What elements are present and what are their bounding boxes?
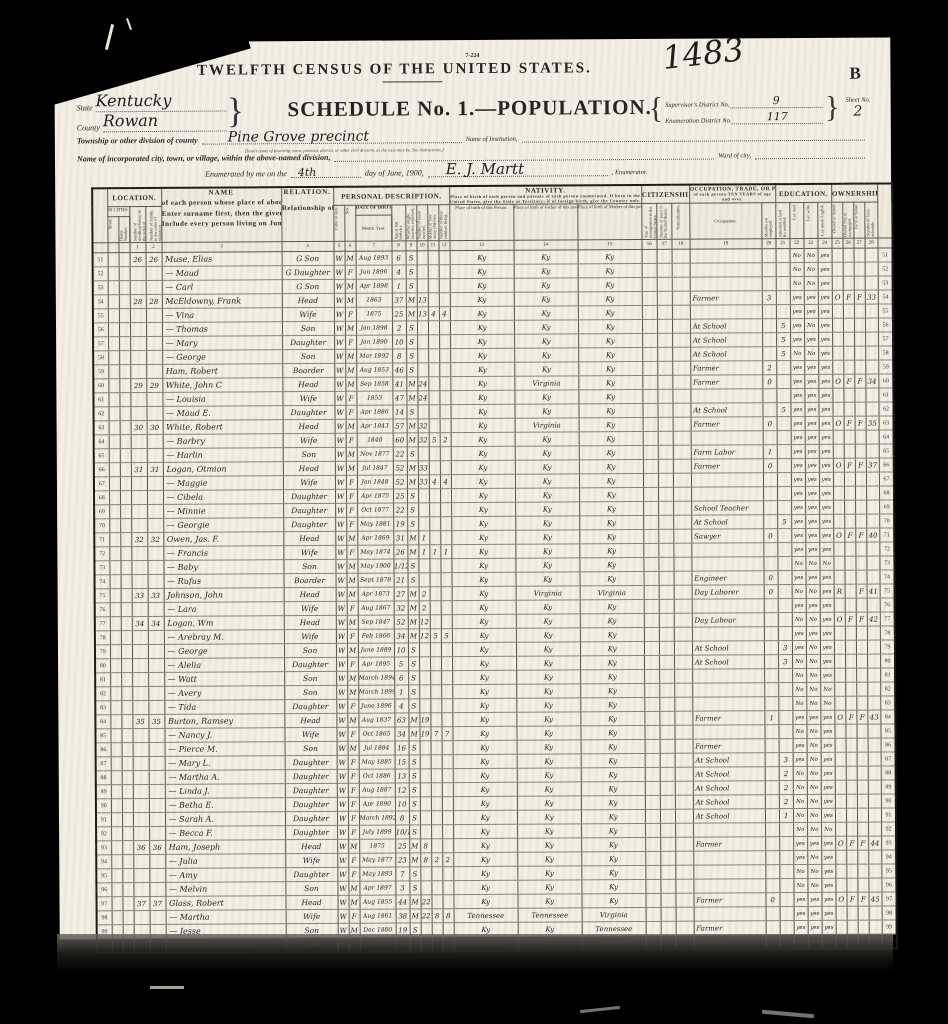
mother-birthplace: Ky: [581, 866, 645, 880]
years-married: 33: [418, 475, 429, 489]
naturalization: [673, 389, 691, 403]
farm-or-house: F: [855, 458, 866, 472]
line-number: 87: [881, 752, 896, 766]
family-number: 31: [147, 463, 163, 477]
sheet-no-value: 2: [845, 103, 870, 119]
years-in-us: [660, 852, 675, 866]
name-header: NAME of each person whose place of abode…: [161, 187, 281, 242]
naturalization: [674, 627, 692, 641]
color-race: W: [337, 770, 348, 784]
family-number: [149, 771, 165, 785]
years-married: 22: [421, 895, 432, 909]
occupation: Day Labour: [692, 613, 764, 627]
children-living: [441, 657, 452, 671]
county-label: County: [77, 123, 100, 132]
date-of-birth: 1875: [356, 307, 392, 321]
naturalization: [674, 641, 692, 655]
line-number: 72: [880, 542, 895, 556]
naturalization: [673, 459, 691, 473]
line-number: 67: [879, 472, 894, 486]
relation: Son: [282, 322, 334, 336]
children-living: [442, 825, 453, 839]
owned-or-rented: [833, 486, 844, 500]
farm-or-house: [857, 850, 868, 864]
relation: Son: [284, 686, 336, 700]
birthplace: Ky: [451, 390, 515, 404]
naturalization: [672, 263, 690, 277]
years-married: [420, 881, 431, 895]
name: Ham, Joseph: [165, 840, 285, 855]
dwelling-number: 28: [130, 295, 146, 309]
sex: M: [346, 531, 357, 545]
line-number: 74: [95, 575, 110, 589]
father-birthplace: Ky: [517, 866, 581, 880]
naturalization: [674, 613, 692, 627]
free-or-mortgaged-header: Owned free or mortgaged.: [842, 202, 853, 238]
family-number: [147, 477, 163, 491]
birthplace: Ky: [451, 432, 515, 446]
naturalization: [674, 683, 692, 697]
mother-birthplace: Ky: [579, 488, 643, 502]
can-write: No: [804, 347, 818, 361]
attended-school: [778, 683, 792, 697]
schedule-title: SCHEDULE No. 1.—POPULATION.: [260, 95, 680, 123]
can-write: No: [804, 277, 818, 291]
dwelling-number: [130, 393, 146, 407]
dwelling-number: [131, 491, 147, 505]
age: 21: [394, 573, 408, 587]
months-not-employed-header: Months not employed.: [761, 203, 775, 239]
can-read: yes: [793, 851, 807, 865]
house-number: [122, 897, 133, 911]
sex: M: [345, 349, 356, 363]
mother-of-children: [430, 671, 441, 685]
months-not-employed: 1: [763, 445, 777, 459]
date-of-birth: March 1892: [359, 811, 395, 825]
children-living: [441, 643, 452, 657]
can-read: No: [793, 823, 807, 837]
immigration-year: [644, 586, 659, 600]
ward-label: Ward of city,: [718, 152, 751, 159]
marital-status: S: [409, 783, 420, 797]
attended-school: [777, 431, 791, 445]
years-married: [420, 867, 431, 881]
name: Muse, Elias: [162, 252, 282, 267]
name: — Watt: [164, 672, 284, 687]
can-speak-english: yes: [819, 473, 833, 487]
father-birthplace: Ky: [515, 516, 579, 530]
free-or-mortgaged: [843, 304, 854, 318]
years-married: 1: [418, 545, 429, 559]
age: 10: [394, 643, 408, 657]
color-race: W: [336, 714, 347, 728]
relation: Wife: [284, 602, 336, 616]
farm-or-house: [856, 640, 867, 654]
attended-school: [778, 613, 792, 627]
farm-or-house: [856, 654, 867, 668]
line-number: 83: [95, 701, 110, 715]
mother-of-children: [430, 657, 441, 671]
children-living: 5: [441, 629, 452, 643]
date-of-birth: Feb 1866: [358, 629, 394, 643]
can-write: yes: [805, 389, 819, 403]
naturalization: [676, 879, 694, 893]
farm-schedule: [865, 360, 878, 374]
marital-status: M: [406, 377, 417, 391]
date-of-birth: March 1899: [358, 685, 394, 699]
street: [110, 701, 121, 715]
years-married: [419, 671, 430, 685]
house-number: [120, 519, 131, 533]
family-number-header: Number of family, in the order of visita…: [145, 207, 161, 243]
dwelling-number: [133, 757, 149, 771]
color-race: W: [334, 322, 345, 336]
can-read: yes: [791, 403, 805, 417]
attended-school: [777, 389, 791, 403]
line-number: 51: [878, 248, 893, 262]
color-race: W: [336, 616, 347, 630]
naturalization: [675, 725, 693, 739]
color-race: W: [335, 462, 346, 476]
relation: Head: [284, 714, 336, 728]
column-number: 18: [672, 239, 690, 249]
can-read-header: Can read.: [789, 203, 803, 239]
sex: M: [346, 419, 357, 433]
street: [110, 659, 121, 673]
street: [110, 715, 121, 729]
dwelling-number: [130, 323, 146, 337]
date-of-birth-header: DATE OF BIRTH.: [355, 205, 391, 215]
relation: Wife: [285, 854, 337, 868]
street: [111, 827, 122, 841]
farm-or-house: [857, 766, 868, 780]
street: [111, 869, 122, 883]
house-number: [121, 617, 132, 631]
color-race: W: [334, 266, 345, 280]
farm-schedule: [867, 598, 880, 612]
months-not-employed: [766, 921, 780, 935]
years-in-us: [658, 446, 673, 460]
street: [110, 687, 121, 701]
date-of-birth: July 1899: [359, 825, 395, 839]
owned-or-rented: [832, 262, 843, 276]
can-read: yes: [793, 711, 807, 725]
line-number: 52: [878, 262, 893, 276]
name: — Barbry: [163, 434, 283, 449]
column-number: 16: [642, 240, 657, 250]
owned-or-rented: [835, 766, 846, 780]
attended-school: [776, 291, 790, 305]
family-number: [146, 351, 162, 365]
birthplace: Ky: [452, 586, 516, 600]
occupation: Farmer: [691, 375, 763, 389]
years-married: 13: [417, 307, 428, 321]
mother-birthplace: Ky: [580, 572, 644, 586]
marital-status: S: [409, 867, 420, 881]
age-header: Age at last birthday.: [391, 205, 405, 241]
house-number: [119, 309, 130, 323]
occupation: [693, 725, 765, 739]
state-value: Kentucky: [96, 91, 172, 110]
immigration-year: [645, 796, 660, 810]
years-married: [418, 447, 429, 461]
mother-of-children: [430, 601, 441, 615]
color-race: W: [337, 812, 348, 826]
birthplace: Ky: [452, 670, 516, 684]
occupation: [692, 697, 764, 711]
relation: Head: [283, 420, 335, 434]
father-birthplace: Ky: [515, 390, 579, 404]
house-number-header: House Number.: [118, 217, 129, 243]
farm-schedule: [866, 388, 879, 402]
mother-birthplace: Ky: [581, 852, 645, 866]
immigration-year: [645, 782, 660, 796]
relation-header: RELATION. Relationship of each person to…: [281, 187, 333, 242]
occupation: [692, 599, 764, 613]
years-married: 2: [419, 601, 430, 615]
date-of-birth: Apr 1843: [357, 419, 393, 433]
relation: Son: [284, 672, 336, 686]
mother-birthplace: Ky: [580, 698, 644, 712]
children-living: [439, 265, 450, 279]
line-number: 72: [94, 547, 109, 561]
father-birthplace: Ky: [516, 698, 580, 712]
relation: Wife: [284, 630, 336, 644]
relation: Daughter: [285, 826, 337, 840]
enumerated-line: Enumerated by me on the 4th day of June,…: [205, 166, 765, 178]
line-number: 92: [881, 822, 896, 836]
name: — Francis: [163, 546, 283, 561]
attended-school: 3: [778, 655, 792, 669]
mother-of-children: [431, 783, 442, 797]
marital-status: S: [407, 405, 418, 419]
can-write: No: [806, 683, 820, 697]
date-of-birth: Aug 1855: [360, 895, 396, 909]
can-write: No: [808, 879, 822, 893]
name: Glass, Robert: [166, 896, 286, 911]
can-write: No: [807, 809, 821, 823]
date-of-birth: Sep 1858: [356, 377, 392, 391]
can-speak-english: yes: [820, 543, 834, 557]
street: [108, 267, 119, 281]
immigration-year: [645, 810, 660, 824]
free-or-mortgaged: F: [845, 612, 856, 626]
years-in-us: [661, 894, 676, 908]
census-table-body: 512626Muse, EliasG SonWMAug 18936SKyKyKy…: [93, 248, 897, 953]
age: 52: [393, 461, 407, 475]
scan-artifact: [580, 1006, 620, 1013]
mother-of-children: [431, 881, 442, 895]
relation: Head: [286, 896, 338, 910]
column-number: [92, 243, 107, 253]
months-not-employed: [764, 543, 778, 557]
mother-of-children: [428, 293, 439, 307]
street: [108, 379, 119, 393]
farm-schedule: [866, 402, 879, 416]
father-birthplace: Ky: [514, 250, 578, 264]
attended-school: [777, 529, 791, 543]
farm-schedule: [865, 262, 878, 276]
mother-birthplace: Ky: [579, 390, 643, 404]
street: [110, 645, 121, 659]
farm-schedule: [865, 276, 878, 290]
house-number: [121, 645, 132, 659]
farm-or-house: [856, 598, 867, 612]
can-read: No: [792, 613, 806, 627]
date-of-birth: Apr 1873: [358, 587, 394, 601]
can-read: yes: [792, 641, 806, 655]
line-number: 78: [95, 631, 110, 645]
street: [109, 477, 120, 491]
mother-birthplace: Ky: [578, 278, 642, 292]
line-number: 56: [878, 318, 893, 332]
naturalization: [673, 529, 691, 543]
naturalization: [675, 837, 693, 851]
name: — Tida: [164, 700, 284, 715]
age: 27: [394, 587, 408, 601]
sex: F: [347, 657, 358, 671]
line-number: 98: [97, 911, 112, 925]
months-not-employed: [766, 879, 780, 893]
marital-status: M: [409, 853, 420, 867]
birthplace: Ky: [450, 264, 514, 278]
farm-schedule: 34: [866, 374, 879, 388]
attended-school: [777, 445, 791, 459]
color-race: W: [337, 881, 348, 895]
date-of-birth: Jul 1847: [357, 461, 393, 475]
mother-of-children: [432, 895, 443, 909]
street: [108, 351, 119, 365]
years-in-us: [659, 670, 674, 684]
can-speak-english: yes: [818, 263, 832, 277]
birthplace: Ky: [452, 614, 516, 628]
birthplace: Ky: [452, 628, 516, 642]
age: 23: [395, 853, 409, 867]
street: [108, 337, 119, 351]
attended-school: 5: [776, 333, 790, 347]
street: [108, 281, 119, 295]
relation: Wife: [283, 476, 335, 490]
line-number: 71: [94, 533, 109, 547]
free-or-mortgaged: [847, 878, 858, 892]
farm-or-house: [855, 514, 866, 528]
naturalization: [673, 515, 691, 529]
can-read: No: [790, 249, 804, 263]
attended-school: [780, 865, 794, 879]
immigration-year: [645, 824, 660, 838]
date-of-birth: May 1877: [359, 853, 395, 867]
date-of-birth: Sep 1847: [358, 615, 394, 629]
house-number: [120, 547, 131, 561]
relation: Son: [282, 350, 334, 364]
farm-or-house: [854, 248, 865, 262]
relation: G Daughter: [282, 266, 334, 280]
father-birthplace: Ky: [515, 446, 579, 460]
personal-description-header: PERSONAL DESCRIPTION.: [333, 186, 449, 205]
line-number: 76: [95, 603, 110, 617]
street: [110, 575, 121, 589]
years-married: [417, 279, 428, 293]
color-race: W: [337, 826, 348, 840]
years-in-us: [657, 250, 672, 264]
age: 7: [395, 867, 409, 881]
free-or-mortgaged: [845, 570, 856, 584]
dwelling-number: [133, 799, 149, 813]
years-in-us: [659, 600, 674, 614]
line-number: 79: [880, 640, 895, 654]
marital-status: M: [407, 419, 418, 433]
mother-of-children: 4: [429, 475, 440, 489]
naturalization: [674, 543, 692, 557]
mother-birthplace: Ky: [580, 670, 644, 684]
months-not-employed: [762, 305, 776, 319]
date-of-birth: June 1889: [358, 643, 394, 657]
occupation: [694, 865, 766, 879]
line-number: 56: [93, 323, 108, 337]
mother-birthplace: Ky: [580, 614, 644, 628]
farm-or-house: [855, 472, 866, 486]
enumerated-label-1: Enumerated by me on the: [205, 169, 287, 178]
years-married: 19: [420, 727, 431, 741]
family-number: [146, 323, 162, 337]
father-birthplace: Ky: [514, 362, 578, 376]
sex: M: [345, 363, 356, 377]
mother-birthplace: Ky: [578, 320, 642, 334]
color-race: W: [337, 839, 348, 853]
months-not-employed: 0: [763, 417, 777, 431]
name-note-1: of each person whose place of abode on J…: [162, 199, 281, 208]
column-number: 13: [450, 240, 514, 250]
date-of-birth: Aug 1893: [356, 251, 392, 265]
children-living-header: Number of these children living.: [438, 205, 449, 241]
street: [109, 561, 120, 575]
months-not-employed: [762, 319, 776, 333]
street: [112, 911, 123, 925]
marital-status: M: [406, 293, 417, 307]
date-of-birth: 1875: [359, 839, 395, 853]
marital-status: S: [407, 559, 418, 573]
dwelling-number: [132, 645, 148, 659]
can-read: yes: [792, 571, 806, 585]
marital-status: M: [406, 307, 417, 321]
can-write: yes: [805, 473, 819, 487]
months-not-employed: [765, 795, 779, 809]
farm-or-house: [855, 402, 866, 416]
street: [111, 855, 122, 869]
naturalization: [675, 851, 693, 865]
birthplace: Ky: [451, 530, 515, 544]
farm-or-house: [856, 556, 867, 570]
name: — Harlin: [163, 448, 283, 463]
relation: Head: [283, 532, 335, 546]
relation: Wife: [282, 308, 334, 322]
street: [108, 393, 119, 407]
mother-birthplace: Ky: [579, 446, 643, 460]
name: — Arebray M.: [164, 630, 284, 645]
months-not-employed: [762, 347, 776, 361]
can-read: yes: [792, 543, 806, 557]
marital-status: M: [406, 391, 417, 405]
can-speak-english-header: Can speak English.: [817, 203, 831, 239]
can-speak-english: No: [820, 557, 834, 571]
immigration-year: [642, 348, 657, 362]
farm-schedule: [868, 794, 881, 808]
name: Logan, Wm: [164, 616, 284, 631]
naturalization: [673, 403, 691, 417]
can-speak-english: yes: [819, 445, 833, 459]
farm-schedule: [869, 920, 882, 934]
age: 25: [392, 307, 406, 321]
